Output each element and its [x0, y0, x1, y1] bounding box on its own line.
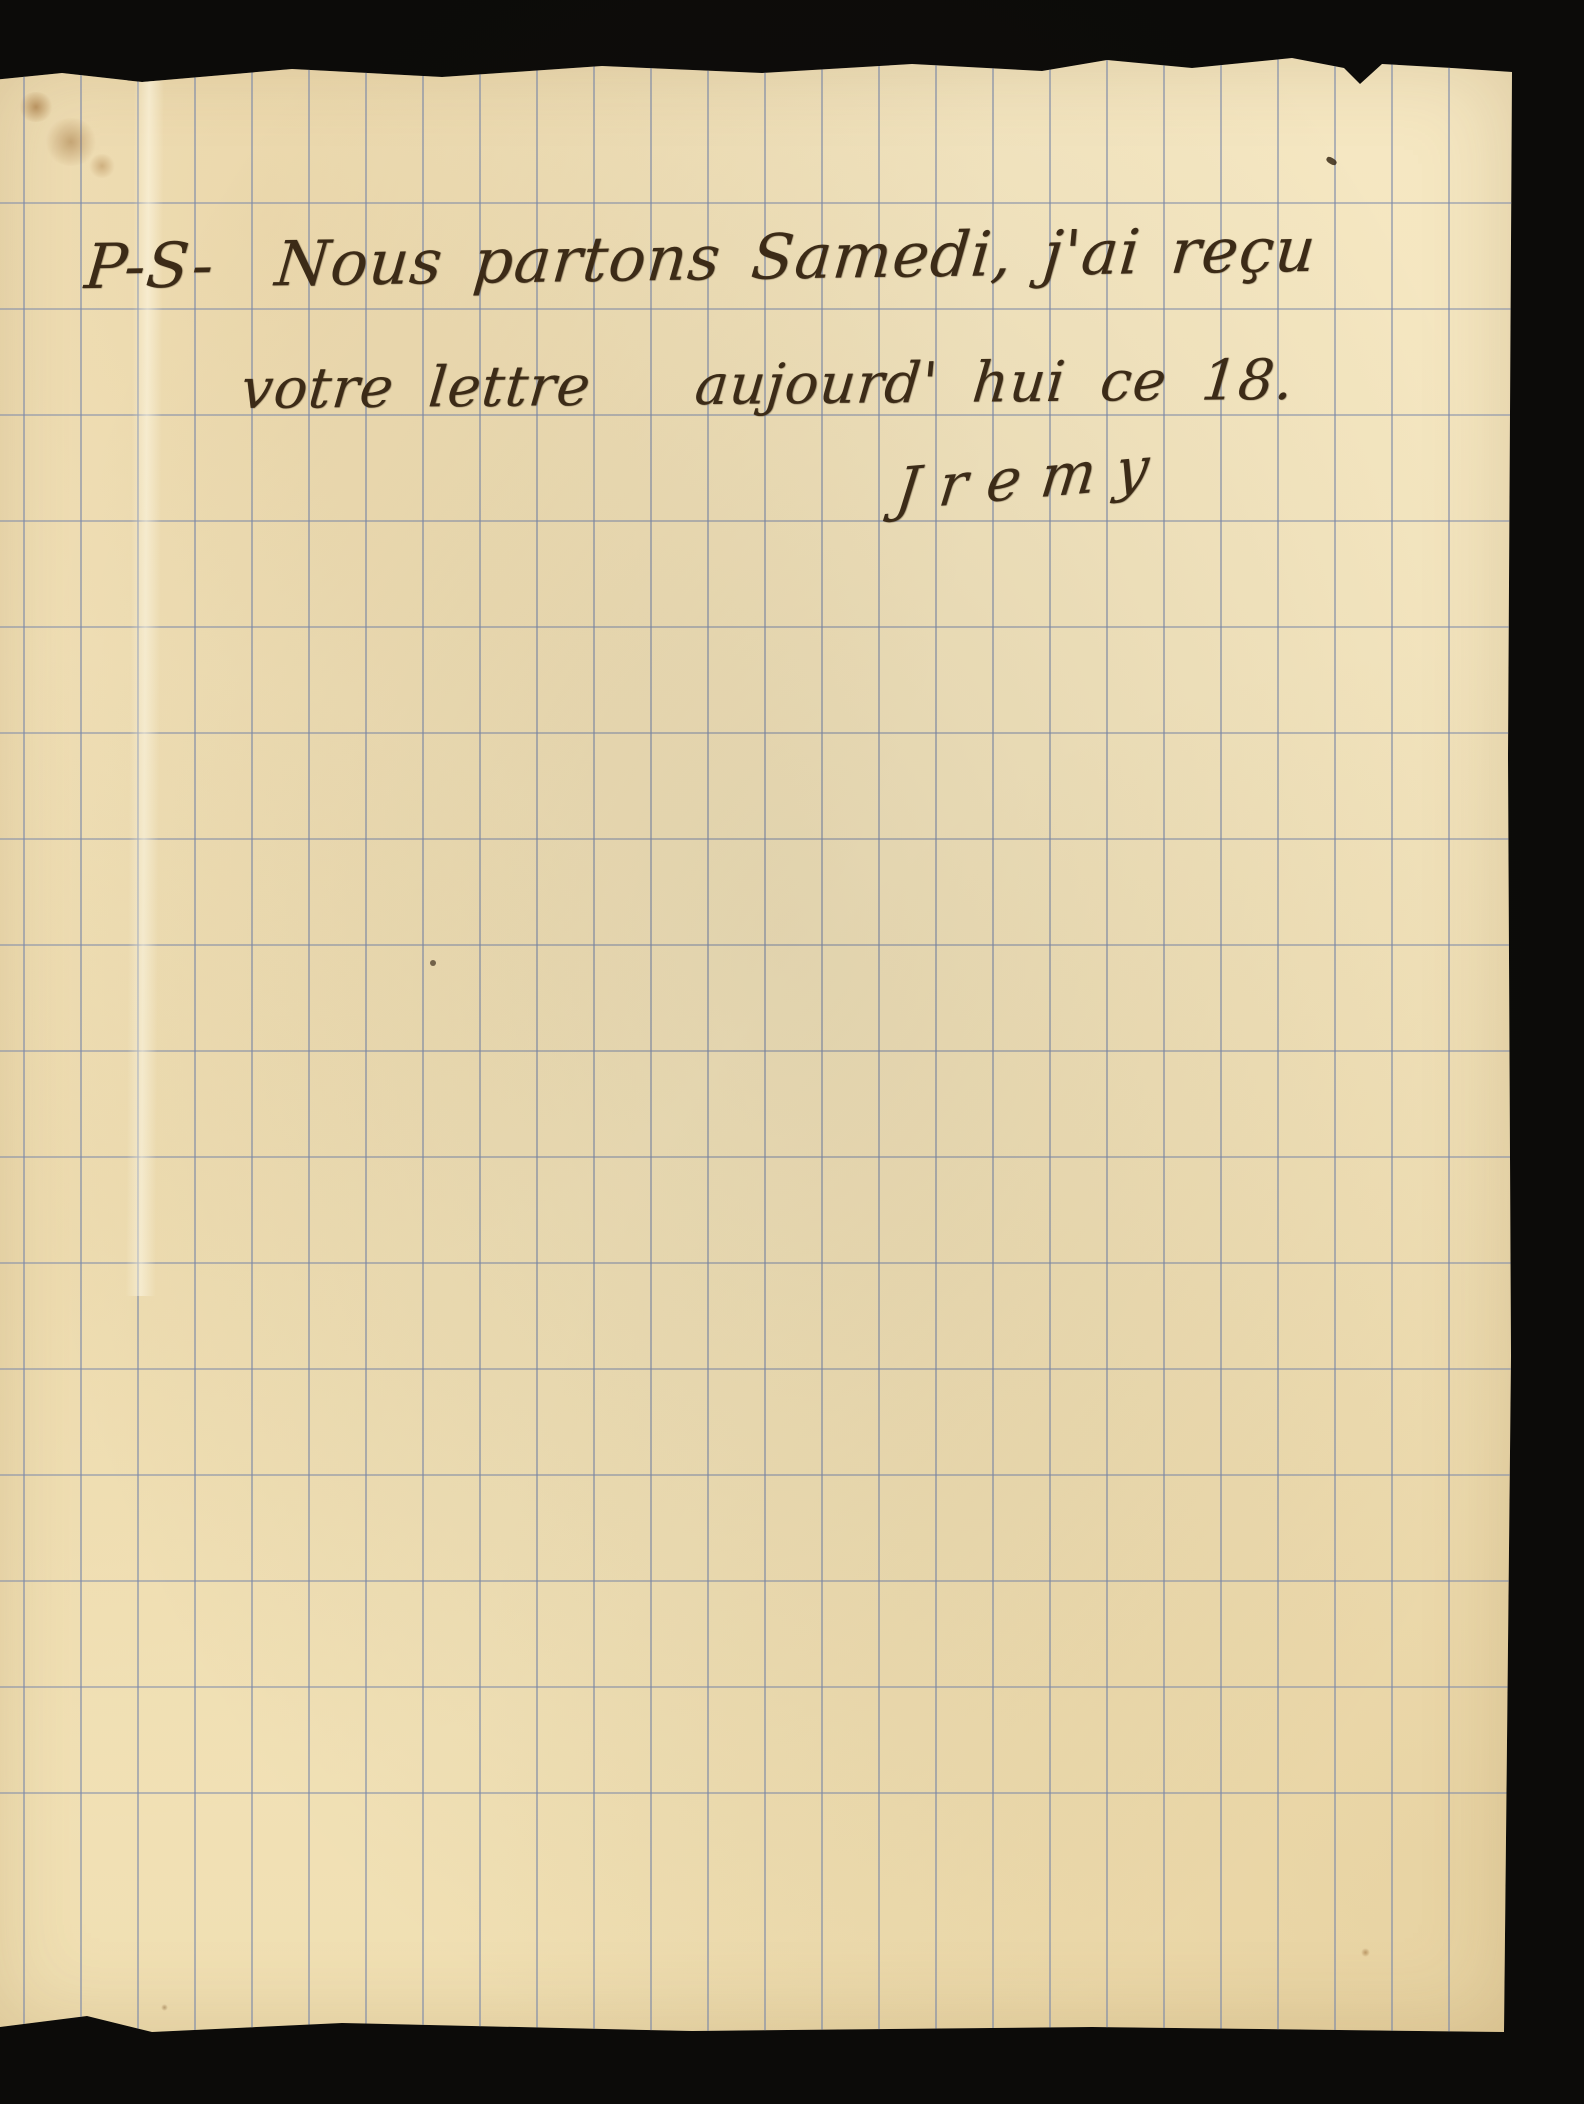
grid-horizontal-lines — [0, 202, 1512, 1794]
paper-stain — [1361, 1948, 1370, 1957]
handwritten-line-2: votre lettre aujourd' hui ce 18. — [239, 353, 1297, 418]
foxing-stain — [18, 92, 54, 122]
foxing-stain — [88, 154, 116, 178]
handwritten-line-1: P-S- Nous partons Samedi, j'ai reçu — [82, 219, 1319, 298]
letter-paper: P-S- Nous partons Samedi, j'ai reçu votr… — [0, 56, 1512, 2032]
paper-stain — [161, 2004, 168, 2011]
ink-speck — [430, 960, 436, 966]
scanned-letter-page: P-S- Nous partons Samedi, j'ai reçu votr… — [0, 0, 1584, 2104]
